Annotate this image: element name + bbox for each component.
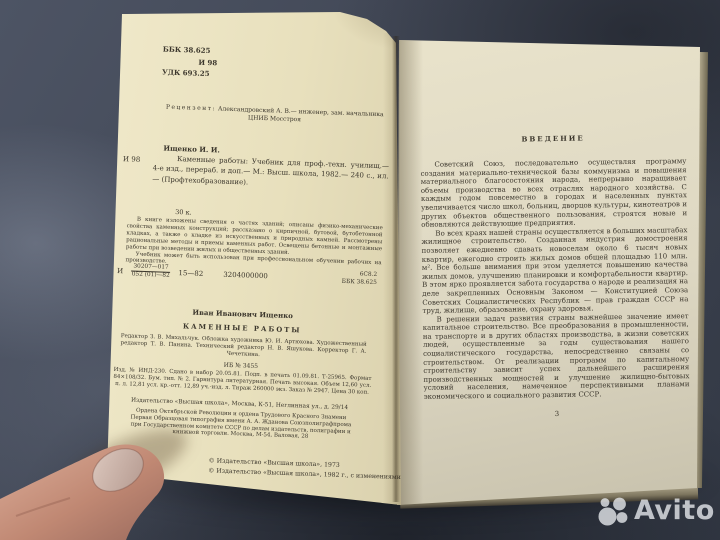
reviewer-label: Рецензент:	[166, 104, 216, 113]
class-codes: 6С8.2 ББК 38.625	[342, 271, 378, 287]
copyright-block: © Издательство «Высшая школа», 1973 © Из…	[208, 456, 401, 482]
price: 30 к.	[175, 208, 192, 217]
catalog-entry: Каменные работы: Учебник для проф.-техн.…	[152, 153, 389, 192]
body-paragraph: В решении задач развития страны важнейше…	[423, 312, 690, 402]
class-code: ББК 38.625	[342, 278, 377, 285]
page-number: 3	[424, 408, 690, 420]
thumb	[0, 418, 198, 540]
index-tail: 15—82	[178, 269, 203, 278]
photo-background: ВВЕДЕНИЕ Советский Союз, последовательно…	[0, 0, 720, 540]
copyright-line: © Издательство «Высшая школа», 1982 г., …	[208, 467, 401, 481]
right-page-content: ВВЕДЕНИЕ Советский Союз, последовательно…	[420, 132, 690, 419]
chapter-heading: ВВЕДЕНИЕ	[420, 132, 686, 145]
body-paragraph: Во всех краях нашей страны осуществляетс…	[421, 226, 688, 316]
catalog-entry-code: И 98	[123, 155, 141, 164]
udk-code: УДК 693.25	[162, 67, 210, 78]
book-gutter	[392, 36, 400, 502]
avito-watermark: Avito	[598, 496, 715, 526]
bbk-code: ББК 38.625	[163, 44, 211, 55]
author-sign: И 98	[162, 56, 217, 67]
index-number: 3204000000	[223, 270, 268, 280]
right-page: ВВЕДЕНИЕ Советский Союз, последовательно…	[395, 34, 705, 510]
reviewer-text: Александровский А. В.— инженер, зам. нач…	[218, 105, 384, 123]
index-denominator: 052 (01)—82	[132, 271, 170, 278]
class-code: 6С8.2	[360, 271, 378, 278]
editors-credits: Редактор З. В. Михальчук. Обложка художн…	[120, 333, 367, 362]
index-letter: И	[117, 266, 123, 274]
avito-logo-icon	[598, 496, 628, 526]
body-paragraph: Советский Союз, последовательно осуществ…	[420, 157, 687, 229]
classification-block: ББК 38.625 И 98 УДК 693.25	[162, 43, 218, 79]
index-fraction: 30207—017 052 (01)—82	[131, 263, 171, 279]
avito-wordmark: Avito	[634, 496, 715, 526]
reviewer-note: Рецензент: Александровский А. В.— инжене…	[158, 103, 390, 127]
